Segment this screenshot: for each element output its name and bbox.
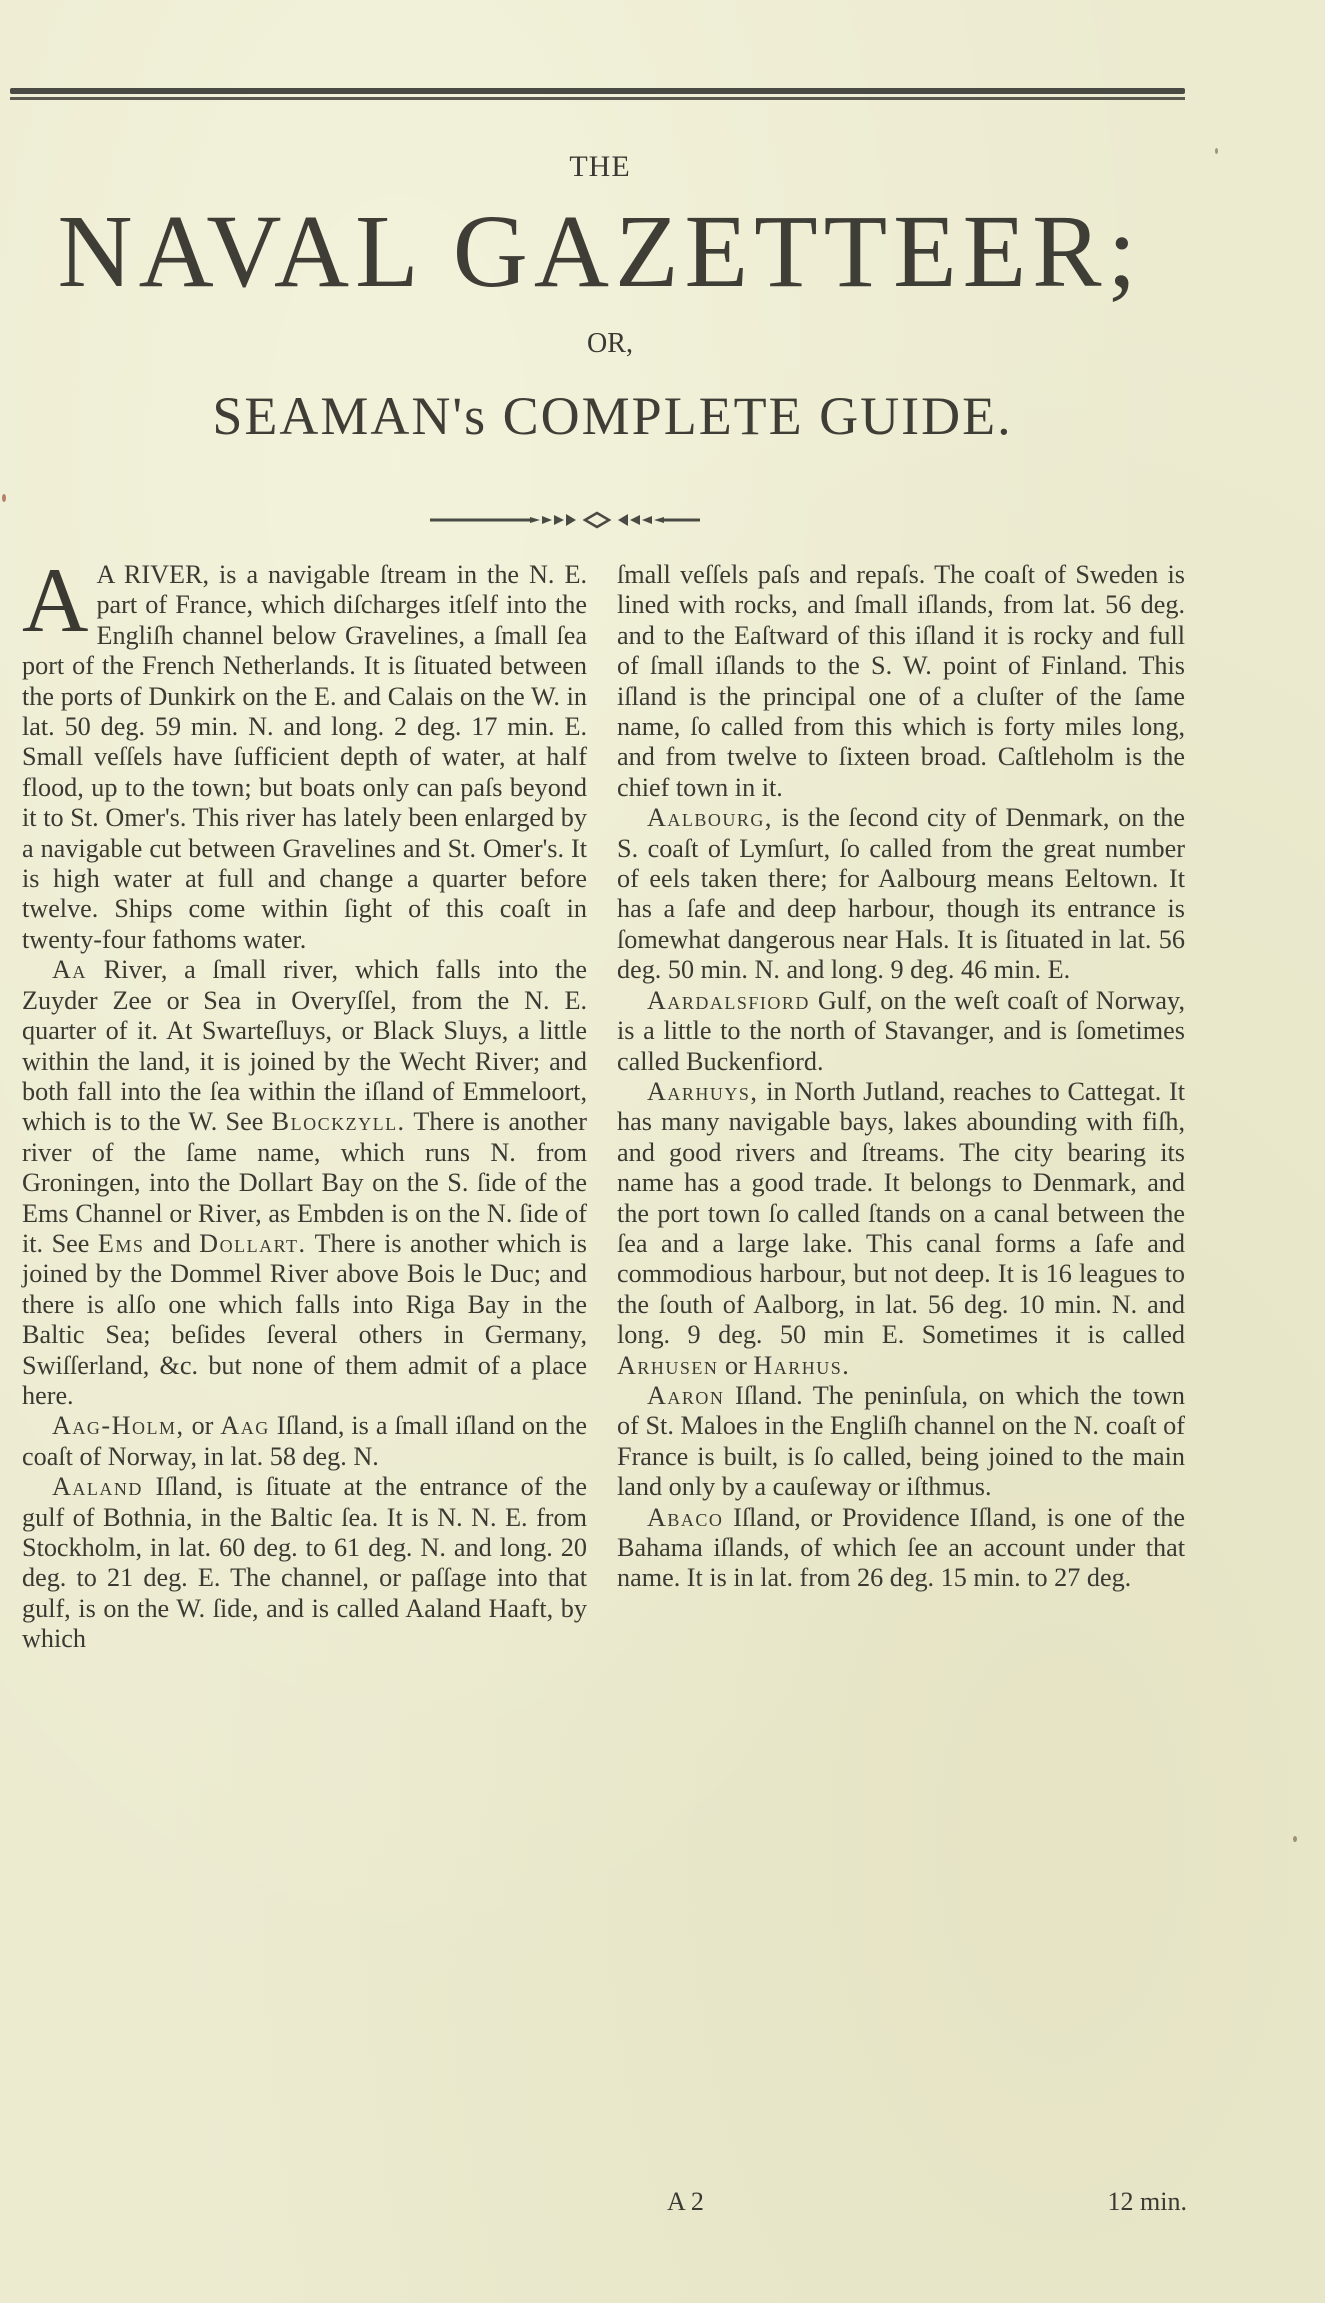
text-column-right: ſmall veſſels paſs and repaſs. The coaſt… (617, 560, 1185, 1594)
cross-reference: Ems (98, 1229, 145, 1258)
rule-thin (10, 97, 1185, 100)
cross-reference: Dollart. (199, 1229, 306, 1258)
rule-thick (10, 88, 1185, 94)
entry-aag-holm: Aag-Holm, or Aag Iſland, is a ſmall iſla… (22, 1411, 587, 1472)
entry-headword: Aaron (647, 1381, 724, 1410)
paper-speck (1293, 1836, 1297, 1842)
entry-aarhuys: Aarhuys, in North Jutland, reaches to Ca… (617, 1077, 1185, 1381)
entry-text: in North Jutland, reaches to Cattegat. I… (617, 1077, 1185, 1349)
book-page: THE NAVAL GAZETTEER; OR, SEAMAN's COMPLE… (0, 0, 1325, 2303)
entry-headword-alt: Aag (220, 1411, 269, 1440)
entry-aa-river-2: Aa River, a ſmall river, which falls int… (22, 955, 587, 1411)
double-rule-divider (10, 88, 1185, 102)
title-article: THE (0, 150, 1200, 184)
entry-text: or (192, 1411, 214, 1440)
title-conjunction: OR, (0, 328, 1220, 360)
entry-headword: Aa (52, 955, 87, 984)
cross-reference: Harhus. (753, 1351, 850, 1380)
paper-speck (2, 494, 6, 502)
entry-aaron: Aaron Iſland. The peninſula, on which th… (617, 1381, 1185, 1503)
entry-aaland-continued: ſmall veſſels paſs and repaſs. The coaſt… (617, 560, 1185, 803)
entry-headword: Aag-Holm, (52, 1411, 185, 1440)
entry-headword: Aalbourg, (647, 803, 773, 832)
entry-headword: Abaco (647, 1503, 723, 1532)
entry-aaland: Aaland Iſland, is ſituate at the entranc… (22, 1472, 587, 1654)
entry-headword: Aarhuys, (647, 1077, 758, 1106)
entry-aardalsfiord: Aardalsfiord Gulf, on the weſt coaſt of … (617, 986, 1185, 1077)
signature-mark: A 2 (667, 2187, 704, 2216)
entry-text: ſmall veſſels paſs and repaſs. The coaſt… (617, 560, 1185, 802)
entry-headword: Aardalsfiord (647, 986, 810, 1015)
page-title: NAVAL GAZETTEER; (0, 195, 1200, 309)
paper-speck (1215, 148, 1218, 154)
text-column-left: AA RIVER, is a navigable ſtream in the N… (22, 560, 587, 1655)
entry-abaco: Abaco Iſland, or Providence Iſland, is o… (617, 1503, 1185, 1594)
ornament-divider-icon (410, 505, 710, 535)
drop-cap: A (22, 564, 88, 636)
entry-text: and (153, 1229, 191, 1258)
page-subtitle: SEAMAN's COMPLETE GUIDE. (0, 385, 1225, 447)
cross-reference: Arhusen (617, 1351, 718, 1380)
entry-text: or (725, 1351, 747, 1380)
cross-reference: Blockzyll. (272, 1107, 406, 1136)
entry-headword: Aaland (52, 1472, 143, 1501)
page-footer: A 2 12 min. (667, 2187, 1187, 2217)
entry-aalbourg: Aalbourg, is the ſecond city of Denmark,… (617, 803, 1185, 985)
entry-aa-river: AA RIVER, is a navigable ſtream in the N… (22, 560, 587, 955)
entry-headword: A RIVER, (96, 560, 209, 589)
catchword: 12 min. (1108, 2187, 1187, 2217)
entry-text: is a navigable ſtream in the N. E. part … (22, 560, 587, 954)
